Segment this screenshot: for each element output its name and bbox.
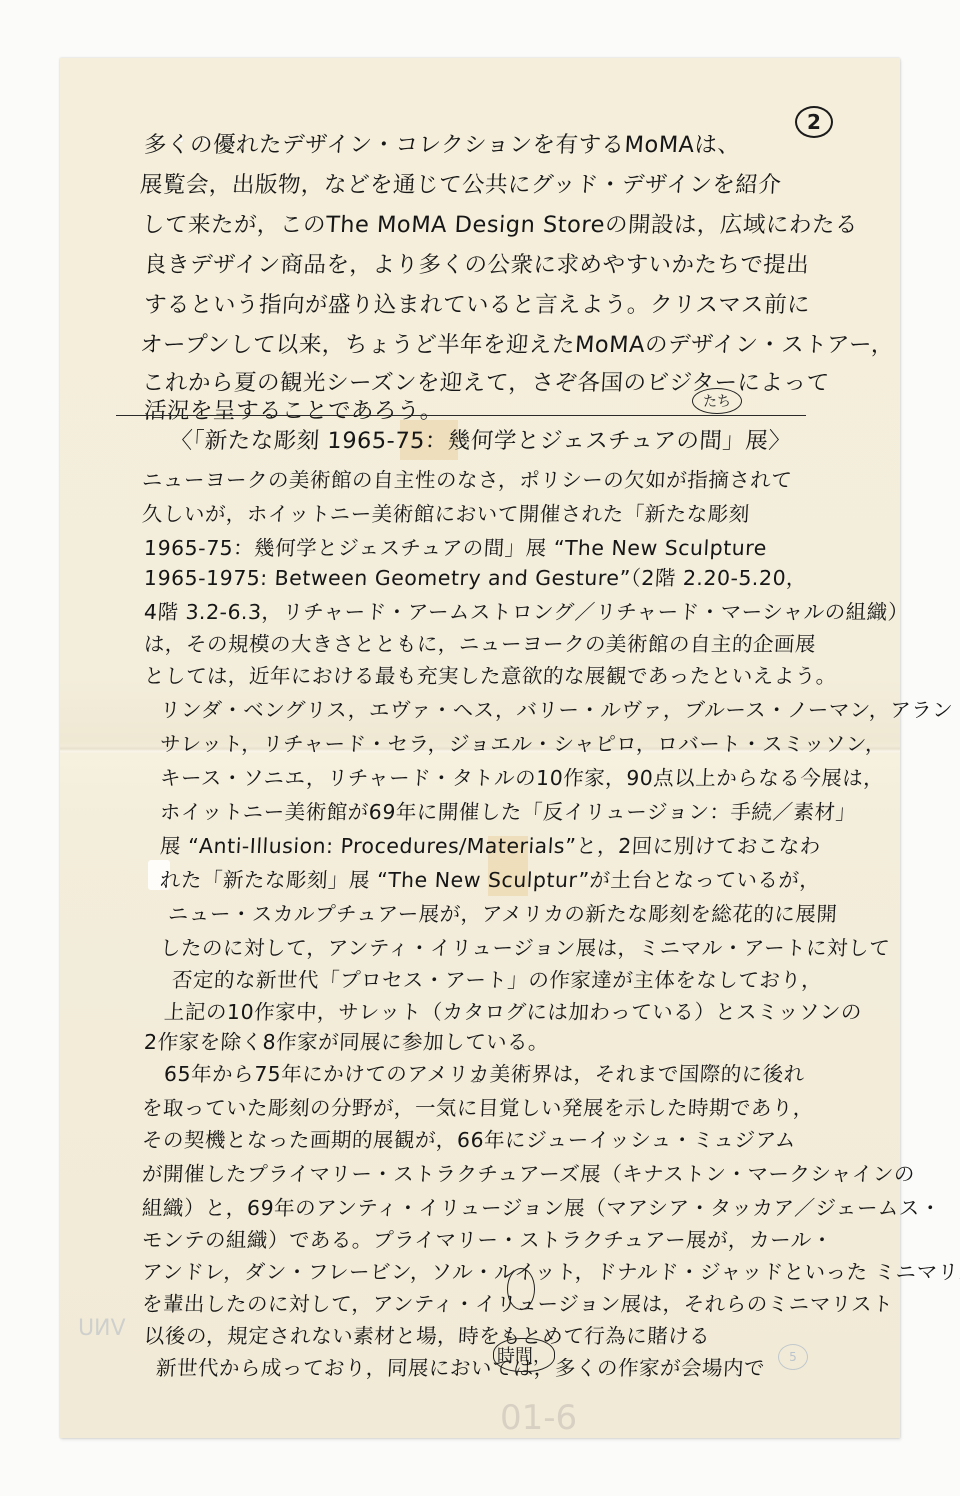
annotation-text: たち [703, 391, 731, 411]
text-line: 活況を呈することであろう。 [143, 400, 860, 423]
text-line: したのに対して，アンティ・イリュージョン展は，ミニマル・アートに対して [159, 938, 860, 959]
text-line: 展覧会，出版物，などを通じて公共にグッド・デザインを紹介 [139, 174, 860, 197]
text-line: これから夏の観光シーズンを迎えて，さぞ各国のビジターによって [141, 372, 860, 395]
faint-pencil-number: 01-6 [500, 1398, 577, 1438]
text-line: 久しいが，ホイットニー美術館において開催された「新たな彫刻 [141, 504, 860, 525]
page-number-text: 2 [807, 110, 821, 134]
text-line: サレット，リチャード・セラ，ジョエル・シャピロ，ロバート・スミッソン， [159, 734, 860, 755]
manuscript-page: 2 多くの優れたデザイン・コレクションを有するMoMAは、 展覧会，出版物，など… [60, 58, 900, 1438]
text-line: 展 “Anti-Illusion: Procedures/Materials”と… [159, 836, 860, 857]
text-line: リンダ・ベングリス，エヴァ・ヘス，バリー・ルヴァ，ブルース・ノーマン，アラン・ [159, 700, 860, 721]
text-line: を取っていた彫刻の分野が，一気に目覚しい発展を示した時期であり， [141, 1098, 860, 1119]
text-line: 組織）と，69年のアンティ・イリュージョン展（マアシア・タッカア／ジェームス・ [141, 1198, 860, 1219]
text-line: モンテの組織）である。プライマリー・ストラクチュアー展が，カール・ [141, 1230, 860, 1251]
section-heading: 〈「新たな彫刻 1965-75：幾何学とジェスチュアの間」展〉 [169, 430, 860, 453]
text-line: するという指向が盛り込まれていると言えよう。クリスマス前に [143, 294, 860, 317]
text-line: アンドレ，ダン・フレービン，ソル・ルイット，ドナルド・ジャッドといった ミニマリ… [141, 1262, 860, 1283]
insertion-mark: ュ [470, 1068, 483, 1087]
text-line: ホイットニー美術館が69年に開催した「反イリュージョン：手続／素材」 [159, 802, 860, 823]
text-line: 2作家を除く8作家が同展に参加している。 [143, 1032, 860, 1053]
stamp-text: 5 [789, 1350, 797, 1364]
text-line: キース・ソニエ，リチャード・タトルの10作家，90点以上からなる今展は， [159, 768, 860, 789]
circled-character-mark [507, 1268, 535, 1310]
text-line: オープンして以来，ちょうど半年を迎えたMoMAのデザイン・ストアー， [139, 334, 860, 357]
section-divider [116, 415, 806, 416]
text-line: 1965-1975: Between Geometry and Gesture”… [143, 568, 860, 589]
text-line: れた「新たな彫刻」展 “The New Sculptur”が土台となっているが， [159, 870, 860, 891]
text-line: を輩出したのに対して，アンティ・イリュージョン展は，それらのミニマリスト [141, 1294, 860, 1315]
text-line: 良きデザイン商品を，より多くの公衆に求めやすいかたちで提出 [143, 254, 860, 277]
text-line: 4階 3.2-6.3，リチャード・アームストロング／リチャード・マーシャルの組織… [143, 602, 860, 623]
text-line: は，その規模の大きさとともに，ニューヨークの美術館の自主的企画展 [143, 634, 860, 655]
text-line: ニューヨークの美術館の自主性のなさ，ポリシーの欠如が指摘されて [141, 470, 860, 491]
margin-annotation: たち [692, 388, 742, 414]
faint-circled-stamp: 5 [778, 1344, 808, 1370]
text-line: 1965-75：幾何学とジェスチュアの間」展 “The New Sculptur… [143, 538, 860, 559]
text-line: が開催したプライマリー・ストラクチュアーズ展（キナストン・マークシャインの [141, 1164, 860, 1185]
text-line: ニュー・スカルプチュアー展が，アメリカの新たな彫刻を総花的に展開 [167, 904, 860, 925]
text-line: その契機となった画期的展観が，66年にジューイッシュ・ミュジアム [141, 1130, 860, 1151]
text-line: 上記の10作家中，サレット（カタログには加わっている）とスミッソンの [163, 1002, 860, 1023]
text-line: 否定的な新世代「プロセス・アート」の作家達が主体をなしており， [171, 970, 860, 991]
text-line: 65年から75年にかけてのアメリカ美術界は，それまで国際的に後れ [163, 1064, 860, 1085]
text-line: 多くの優れたデザイン・コレクションを有するMoMAは、 [143, 134, 860, 157]
annotation-text: 時間， [497, 1342, 551, 1368]
text-line: して来たが，このThe MoMA Design Storeの開設は，広域にわたる [141, 214, 860, 237]
text-line: としては，近年における最も充実した意欲的な展観であったといえよう。 [143, 666, 860, 687]
margin-annotation: 時間， [493, 1338, 555, 1372]
showthrough-mark: VNU [78, 1316, 126, 1341]
